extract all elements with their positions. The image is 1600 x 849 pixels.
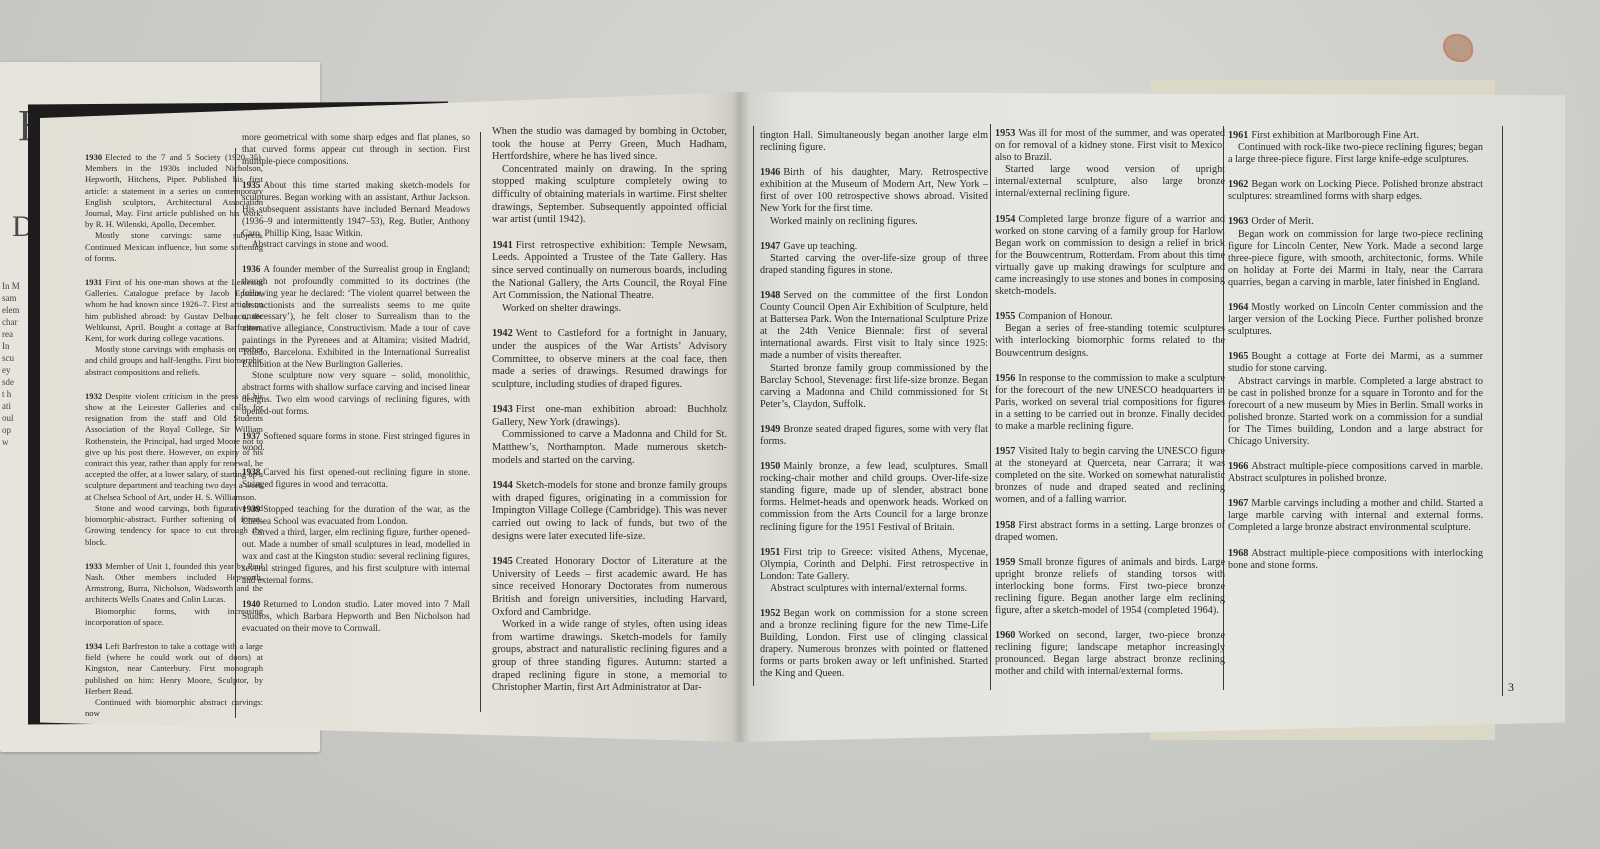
entry-year: 1951 [760,547,780,558]
entry-year: 1965 [1228,351,1248,362]
entry-year: 1950 [760,461,780,472]
entry-text: Worked on second, larger, two-piece bron… [995,630,1225,677]
entry-text: Carved a third, larger, elm reclining fi… [242,527,470,586]
chronology-entry: 1967Marble carvings including a mother a… [1228,498,1483,534]
chronology-entry: 1951First trip to Greece: visited Athens… [760,547,988,595]
column-rule [480,132,481,712]
entry-text: Began work on Locking Piece. Polished br… [1228,179,1483,202]
entry-text: Mainly bronze, a few lead, sculptures. S… [760,461,988,532]
entry-year: 1967 [1228,498,1248,509]
entry-text: A founder member of the Surrealist group… [242,264,470,368]
chronology-column-2: more geometrical with some sharp edges a… [242,132,470,648]
entry-text: Began work on commission for a stone scr… [760,608,988,679]
chronology-entry: 1961First exhibition at Marlborough Fine… [1228,130,1483,166]
chronology-entry: 1962Began work on Locking Piece. Polishe… [1228,179,1483,203]
entry-text: Stone and wood carvings, both figurative… [85,503,263,548]
chronology-entry: 1956In response to the commission to mak… [995,373,1225,433]
entry-text: Left Barfreston to take a cottage with a… [85,641,263,696]
entry-text: First retrospective exhibition: Temple N… [492,240,727,301]
column-rule [1502,126,1503,696]
entry-text: tington Hall. Simultaneously began anoth… [760,130,988,154]
chronology-entry: 1945Created Honorary Doctor of Literatur… [492,556,727,695]
entry-text: Sketch-models for stone and bronze famil… [492,480,727,541]
entry-text: Abstract carvings in stone and wood. [242,239,470,251]
entry-text: Bronze seated draped figures, some with … [760,424,988,447]
chronology-entry: 1946Birth of his daughter, Mary. Retrosp… [760,167,988,227]
entry-text: Worked in a wide range of styles, often … [492,619,727,695]
entry-text: Abstract multiple-piece compositions wit… [1228,548,1483,571]
entry-year: 1940 [242,599,260,609]
entry-text: First trip to Greece: visited Athens, My… [760,547,988,582]
entry-year: 1966 [1228,461,1248,472]
chronology-entry: 1930Elected to the 7 and 5 Society (1920… [85,152,263,264]
entry-year: 1947 [760,241,780,252]
entry-text: In response to the commission to make a … [995,373,1225,432]
entry-text: Went to Castleford for a fortnight in Ja… [492,328,727,389]
chronology-entry: 1959Small bronze figures of animals and … [995,557,1225,617]
entry-text: Birth of his daughter, Mary. Retrospecti… [760,167,988,214]
chronology-entry: 1940Returned to London studio. Later mov… [242,599,470,634]
entry-year: 1931 [85,277,102,287]
entry-year: 1957 [995,446,1015,457]
entry-year: 1955 [995,311,1015,322]
entry-year: 1968 [1228,548,1248,559]
chronology-entry-continued: more geometrical with some sharp edges a… [242,132,470,167]
chronology-column-5: 1953Was ill for most of the summer, and … [995,128,1225,692]
entry-text: First exhibition at Marlborough Fine Art… [1251,130,1419,141]
chronology-entry: 1931First of his one-man shows at the Le… [85,277,263,378]
chronology-column-4: tington Hall. Simultaneously began anoth… [760,130,988,694]
chronology-entry: 1944Sketch-models for stone and bronze f… [492,480,727,543]
entry-text: Member of Unit 1, founded this year by P… [85,561,263,605]
chronology-entry: 1941First retrospective exhibition: Temp… [492,240,727,316]
chronology-entry: 1964Mostly worked on Lincoln Center comm… [1228,302,1483,338]
chronology-entry: 1963Order of Merit. Began work on commis… [1228,216,1483,289]
chronology-entry: 1949Bronze seated draped figures, some w… [760,424,988,448]
entry-text: Abstract sculptures with internal/extern… [760,583,988,595]
entry-text: Created Honorary Doctor of Literature at… [492,556,727,617]
chronology-entry: 1937Softened square forms in stone. Firs… [242,431,470,455]
entry-year: 1952 [760,608,780,619]
chronology-entry: 1957Visited Italy to begin carving the U… [995,446,1225,506]
entry-text: Small bronze figures of animals and bird… [995,557,1225,616]
entry-year: 1932 [85,391,102,401]
chronology-entry-continued: tington Hall. Simultaneously began anoth… [760,130,988,154]
chronology-entry: 1953Was ill for most of the summer, and … [995,128,1225,201]
entry-text: Started large wood version of upright in… [995,164,1225,200]
entry-year: 1943 [492,404,513,415]
entry-year: 1939 [242,504,260,514]
entry-text: Stopped teaching for the duration of the… [242,504,470,526]
entry-text: Carved his first opened-out reclining fi… [242,467,470,489]
chronology-entry: 1960Worked on second, larger, two-piece … [995,630,1225,678]
entry-text: Abstract multiple-piece compositions car… [1228,461,1483,484]
page-number: 3 [1508,680,1514,695]
chronology-entry: 1942Went to Castleford for a fortnight i… [492,328,727,391]
entry-text: First abstract forms in a setting. Large… [995,520,1225,543]
chronology-entry: 1933Member of Unit 1, founded this year … [85,561,263,628]
entry-text: Gave up teaching. [783,241,857,252]
entry-text: Biomorphic forms, with increasing incorp… [85,606,263,628]
entry-text: Worked mainly on reclining figures. [760,216,988,228]
entry-text: Bought a cottage at Forte dei Marmi, as … [1228,351,1483,374]
entry-year: 1930 [85,152,102,162]
column-rule [990,124,991,690]
entry-text: First of his one-man shows at the Leices… [85,277,263,343]
chronology-entry: 1958First abstract forms in a setting. L… [995,520,1225,544]
chronology-entry: 1943First one-man exhibition abroad: Buc… [492,404,727,467]
entry-text: Returned to London studio. Later moved i… [242,599,470,633]
entry-text: Elected to the 7 and 5 Society (1920–35)… [85,152,263,229]
entry-text: Started carving the over-life-size group… [760,253,988,277]
entry-text: Visited Italy to begin carving the UNESC… [995,446,1225,505]
entry-text: Despite violent criticism in the press o… [85,391,263,502]
entry-text: Mostly stone carvings: same subjects. Co… [85,230,263,264]
chronology-column-6: 1961First exhibition at Marlborough Fine… [1228,130,1483,585]
entry-year: 1961 [1228,130,1248,141]
entry-year: 1963 [1228,216,1248,227]
chronology-entry: 1936A founder member of the Surrealist g… [242,264,470,417]
entry-year: 1959 [995,557,1015,568]
entry-text: First one-man exhibition abroad: Buchhol… [492,404,727,428]
entry-text: Mostly stone carvings with emphasis on m… [85,344,263,378]
entry-text: Companion of Honour. [1018,311,1112,322]
chronology-entry: 1950Mainly bronze, a few lead, sculpture… [760,461,988,534]
entry-text: Served on the committee of the first Lon… [760,290,988,361]
open-book-spread: 1930Elected to the 7 and 5 Society (1920… [40,92,1565,742]
chronology-entry: 1968Abstract multiple-piece compositions… [1228,548,1483,572]
chronology-entry: 1955Companion of Honour. Began a series … [995,311,1225,359]
entry-text: Concentrated mainly on drawing. In the s… [492,164,727,227]
entry-year: 1942 [492,328,513,339]
entry-text: Started bronze family group commissioned… [760,363,988,411]
entry-year: 1934 [85,641,102,651]
chronology-entry: 1947Gave up teaching. Started carving th… [760,241,988,277]
entry-year: 1938 [242,467,260,477]
entry-text: Stone sculpture now very square – solid,… [242,370,470,417]
entry-year: 1953 [995,128,1015,139]
chronology-entry: 1932Despite violent criticism in the pre… [85,391,263,548]
background-text-edge: In M sam elem char rea In scu ey sde t h… [2,280,26,448]
chronology-entry: 1966Abstract multiple-piece compositions… [1228,461,1483,485]
entry-year: 1956 [995,373,1015,384]
entry-year: 1960 [995,630,1015,641]
entry-text: more geometrical with some sharp edges a… [242,132,470,167]
entry-text: Began a series of free-standing totemic … [995,323,1225,359]
chronology-entry: 1965Bought a cottage at Forte dei Marmi,… [1228,351,1483,448]
entry-year: 1945 [492,556,513,567]
entry-text: Continued with rock-like two-piece recli… [1228,142,1483,166]
entry-text: Marble carvings including a mother and c… [1228,498,1483,533]
entry-year: 1962 [1228,179,1248,190]
entry-text: Commissioned to carve a Madonna and Chil… [492,429,727,467]
entry-year: 1954 [995,214,1015,225]
chronology-entry: 1954Completed large bronze figure of a w… [995,214,1225,299]
chronology-entry-continued: When the studio was damaged by bombing i… [492,126,727,227]
entry-text: Abstract carvings in marble. Completed a… [1228,376,1483,449]
entry-year: 1937 [242,431,260,441]
chronology-entry: 1948Served on the committee of the first… [760,290,988,411]
chronology-entry: 1935About this time started making sketc… [242,180,470,251]
chronology-column-3: When the studio was damaged by bombing i… [492,126,727,708]
entry-text: When the studio was damaged by bombing i… [492,126,727,164]
column-rule [753,126,754,686]
chronology-entry: 1939Stopped teaching for the duration of… [242,504,470,587]
chronology-entry: 1938Carved his first opened-out reclinin… [242,467,470,491]
entry-year: 1949 [760,424,780,435]
entry-text: Completed large bronze figure of a warri… [995,214,1225,298]
entry-text: Began work on commission for large two-p… [1228,229,1483,289]
entry-text: Worked on shelter drawings. [492,303,727,316]
entry-text: Order of Merit. [1251,216,1314,227]
chronology-entry: 1934Left Barfreston to take a cottage wi… [85,641,263,719]
chronology-column-1: 1930Elected to the 7 and 5 Society (1920… [85,152,263,732]
entry-year: 1935 [242,180,260,190]
entry-year: 1944 [492,480,513,491]
entry-text: Was ill for most of the summer, and was … [995,128,1225,163]
book-gutter [732,92,750,742]
entry-year: 1936 [242,264,260,274]
entry-text: About this time started making sketch-mo… [242,180,470,237]
entry-text: Softened square forms in stone. First st… [242,431,470,453]
entry-year: 1958 [995,520,1015,531]
entry-year: 1946 [760,167,780,178]
entry-year: 1941 [492,240,513,251]
entry-year: 1964 [1228,302,1248,313]
entry-year: 1948 [760,290,780,301]
entry-year: 1933 [85,561,102,571]
entry-text: Mostly worked on Lincoln Center commissi… [1228,302,1483,337]
chronology-entry: 1952Began work on commission for a stone… [760,608,988,681]
entry-text: Continued with biomorphic abstract carvi… [85,697,263,719]
